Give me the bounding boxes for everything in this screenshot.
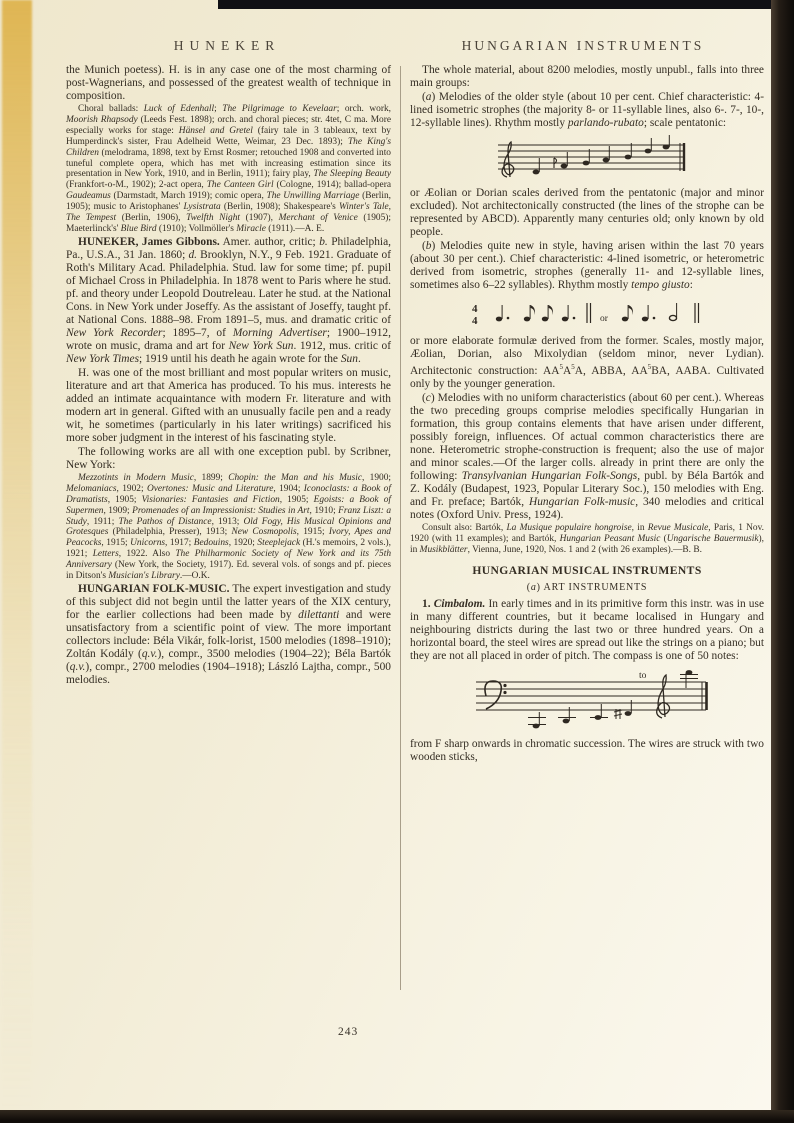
rhythm-notation: 4 4 or	[467, 297, 707, 329]
music-example-cimbalom-compass: to	[456, 668, 718, 732]
paragraph-group-b: (b) Melodies quite new in style, having …	[410, 240, 764, 292]
paragraph-huneker-assessment: H. was one of the most brilliant and mos…	[66, 367, 391, 445]
heading-hungarian-musical-instruments: HUNGARIAN MUSICAL INSTRUMENTS	[410, 564, 764, 577]
music-example-pentatonic-scale	[476, 135, 698, 181]
running-heads: HUNEKER HUNGARIAN INSTRUMENTS	[64, 38, 762, 54]
left-column: the Munich poetess). H. is in any case o…	[66, 64, 391, 1056]
to-label: to	[639, 671, 647, 681]
compass-notation: to	[456, 668, 718, 732]
paragraph-after-pentatonic: or Æolian or Dorian scales derived from …	[410, 187, 764, 239]
paragraph-after-rhythm: or more elaborate formulæ derived from t…	[410, 335, 764, 391]
time-signature-top: 4	[472, 303, 478, 315]
paragraph-group-a: (a) Melodies of the older style (about 1…	[410, 91, 764, 130]
paragraph-material-intro: The whole material, about 8200 melodies,…	[410, 64, 764, 90]
music-example-rhythm-formula: 4 4 or	[467, 297, 707, 329]
entry-huneker-james-gibbons: HUNEKER, James Gibbons. Amer. author, cr…	[66, 236, 391, 366]
scan-border-right	[771, 0, 794, 1123]
book-page: HUNEKER HUNGARIAN INSTRUMENTS the Munich…	[0, 0, 771, 1110]
scanned-book-page: HUNEKER HUNGARIAN INSTRUMENTS the Munich…	[0, 0, 794, 1123]
pentatonic-scale-notation	[476, 135, 698, 181]
text-columns: the Munich poetess). H. is in any case o…	[66, 64, 764, 1056]
entry-hungarian-folk-music: HUNGARIAN FOLK-MUSIC. The expert investi…	[66, 583, 391, 687]
time-signature-bottom: 4	[472, 315, 478, 327]
column-divider-rule	[400, 66, 401, 990]
running-head-right: HUNGARIAN INSTRUMENTS	[404, 38, 762, 54]
paragraph-closing: from F sharp onwards in chromatic succes…	[410, 738, 764, 764]
running-head-left: HUNEKER	[64, 38, 390, 54]
or-label: or	[600, 314, 609, 324]
right-column: The whole material, about 8200 melodies,…	[410, 64, 764, 1056]
page-gilt-edge	[2, 0, 32, 1110]
paragraph-choral-ballads: Choral ballads: Luck of Edenhall; The Pi…	[66, 104, 391, 235]
paragraph-consult-note: Consult also: Bartók, La Musique populai…	[410, 523, 764, 556]
paragraph-cimbalom: 1. Cimbalom. In early times and in its p…	[410, 598, 764, 663]
page-number: 243	[338, 1026, 358, 1038]
paragraph-group-c: (c) Melodies with no uniform characteris…	[410, 392, 764, 522]
scan-border-bottom	[0, 1110, 794, 1123]
paragraph-huneker-continuation: the Munich poetess). H. is in any case o…	[66, 64, 391, 103]
paragraph-works-intro: The following works are all with one exc…	[66, 446, 391, 472]
scan-border-top	[218, 0, 771, 9]
paragraph-works-list: Mezzotints in Modern Music, 1899; Chopin…	[66, 473, 391, 582]
subheading-art-instruments: (a) ART INSTRUMENTS	[410, 581, 764, 594]
